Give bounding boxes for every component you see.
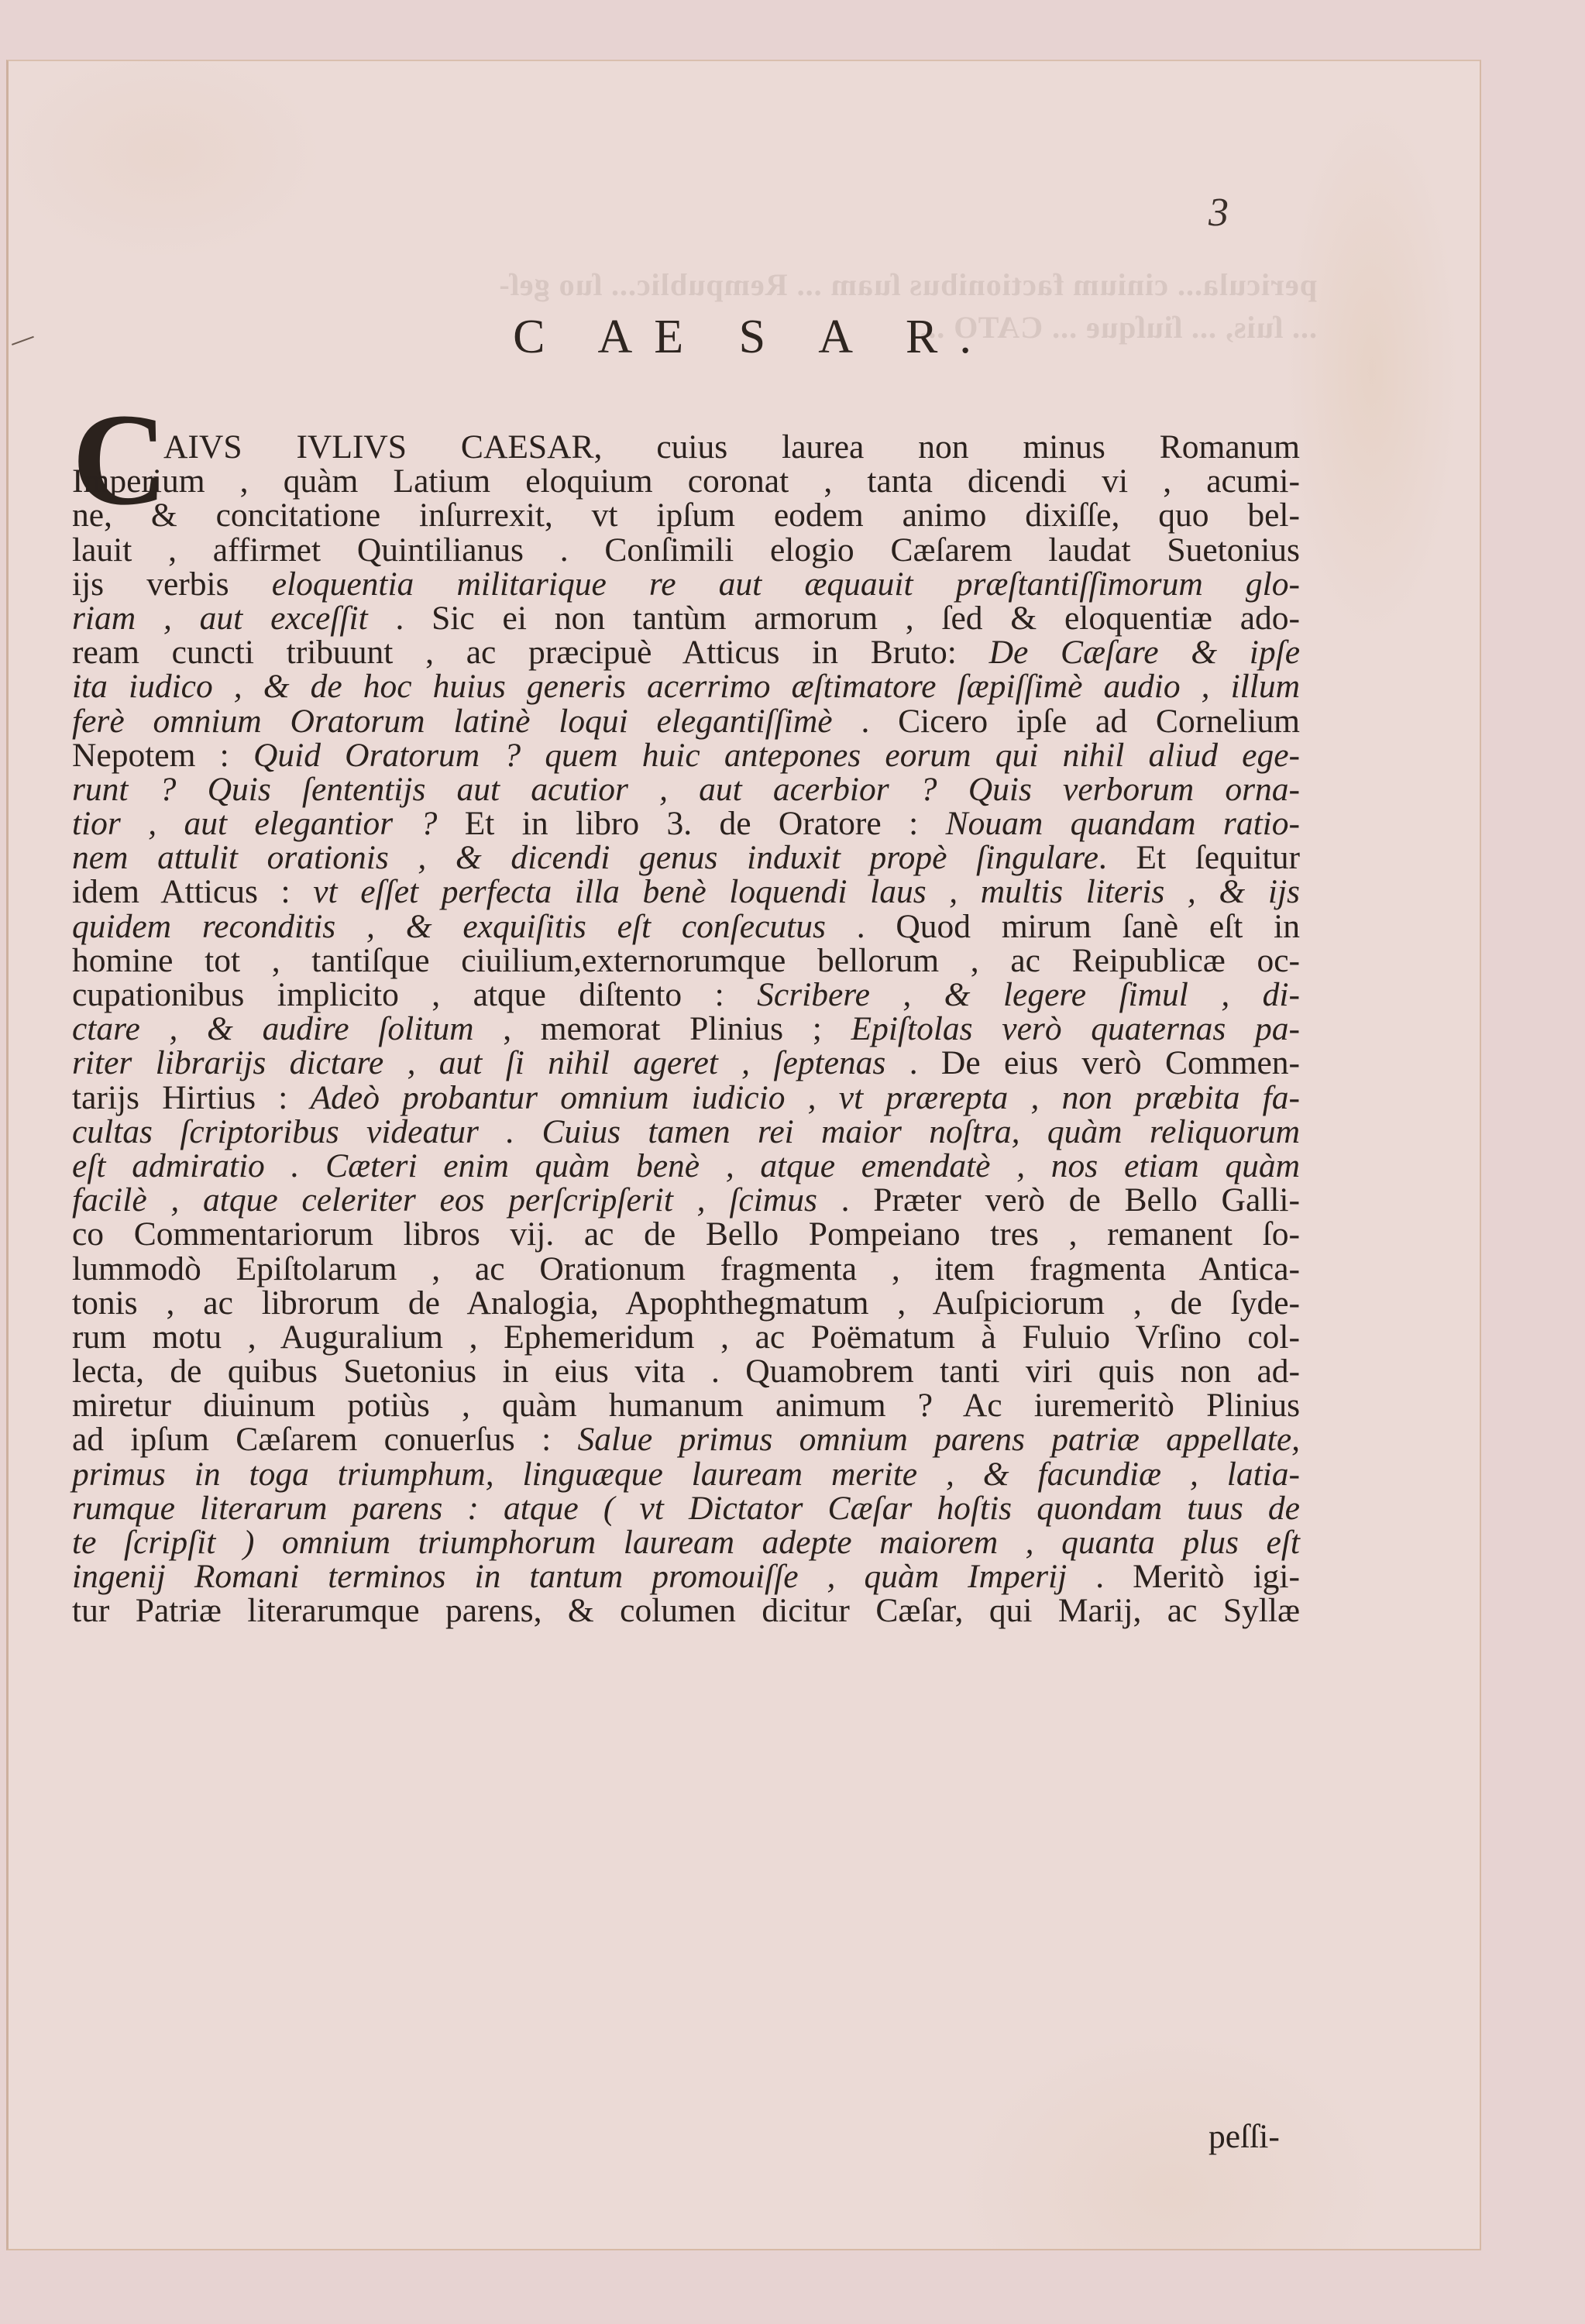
italic-quote: ita iudico , & de hoc huius generis acer… (72, 668, 1300, 705)
text-segment: lauit , affirmet Quintilianus . Conſimil… (72, 531, 1300, 569)
italic-quote: tior , aut elegantior ? (72, 805, 437, 842)
text-line: AIVS IVLIVS CAESAR, cuius laurea non min… (72, 430, 1300, 464)
text-segment: . De eius verò Commen- (885, 1044, 1300, 1081)
page-number: 3 (1209, 190, 1229, 235)
text-line: Imperium , quàm Latium eloquium coronat … (72, 464, 1300, 498)
text-segment: ijs verbis (72, 566, 272, 603)
italic-quote: riam , aut exceſſit (72, 600, 368, 637)
italic-quote: te ſcripſit ) omnium triumphorum lauream… (72, 1524, 1300, 1561)
bleed-through-line: pericula... cinium factionibus ſuam ... … (232, 263, 1317, 306)
italic-quote: ctare , & audire ſolitum (72, 1010, 474, 1047)
italic-quote: Epiſtolas verò quaternas pa- (851, 1010, 1301, 1047)
text-segment: . Præter verò de Bello Galli- (817, 1181, 1300, 1219)
catchword: peſſi- (1209, 2117, 1280, 2156)
italic-quote: Adeò probantur omnium iudicio , vt prære… (311, 1079, 1300, 1116)
italic-quote: runt ? Quis ſententijs aut acutior , aut… (72, 771, 1300, 808)
text-line: cupationibus implicito , atque diſtento … (72, 978, 1300, 1012)
text-segment: ad ipſum Cæſarem conuerſus : (72, 1421, 578, 1458)
text-line: miretur diuinum potiùs , quàm humanum an… (72, 1388, 1300, 1422)
text-line: tior , aut elegantior ? Et in libro 3. d… (72, 806, 1300, 841)
text-line: cultas ſcriptoribus videatur . Cuius tam… (72, 1115, 1300, 1149)
text-segment: . Meritò igi- (1067, 1558, 1300, 1595)
text-line: te ſcripſit ) omnium triumphorum lauream… (72, 1525, 1300, 1559)
text-segment: AIVS IVLIVS CAESAR, cuius laurea non min… (163, 428, 1300, 466)
italic-quote: riter librarijs dictare , aut ſi nihil a… (72, 1044, 885, 1081)
page-title: C AE S A R. (0, 310, 1475, 365)
text-segment: tur Patriæ literarumque parens, & colume… (72, 1592, 1300, 1629)
text-line: ne, & concitatione inſurrexit, vt ipſum … (72, 498, 1300, 532)
text-segment: idem Atticus : (72, 873, 313, 910)
text-line: homine tot , tantiſque ciuilium,externor… (72, 944, 1300, 978)
text-line: runt ? Quis ſententijs aut acutior , aut… (72, 772, 1300, 806)
text-line: co Commentariorum libros vij. ac de Bell… (72, 1217, 1300, 1251)
text-line: tur Patriæ literarumque parens, & colume… (72, 1593, 1300, 1628)
italic-quote: Salue primus omnium parens patriæ appell… (578, 1421, 1301, 1458)
text-line: quidem reconditis , & exquiſitis eſt con… (72, 909, 1300, 944)
body-text: AIVS IVLIVS CAESAR, cuius laurea non min… (72, 430, 1300, 1628)
text-line: ream cuncti tribuunt , ac præcipuè Attic… (72, 635, 1300, 669)
text-segment: tonis , ac librorum de Analogia, Apophth… (72, 1284, 1300, 1322)
text-segment: ream cuncti tribuunt , ac præcipuè Attic… (72, 634, 989, 671)
text-line: Nepotem : Quid Oratorum ? quem huic ante… (72, 738, 1300, 772)
text-segment: . Quod mirum ſanè eſt in (826, 908, 1300, 945)
text-segment: lummodò Epiſtolarum , ac Orationum fragm… (72, 1250, 1300, 1287)
text-line: ijs verbis eloquentia militarique re aut… (72, 567, 1300, 601)
text-line: ad ipſum Cæſarem conuerſus : Salue primu… (72, 1422, 1300, 1456)
text-line: ctare , & audire ſolitum , memorat Plini… (72, 1012, 1300, 1046)
italic-quote: cultas ſcriptoribus videatur . Cuius tam… (72, 1113, 1300, 1150)
text-line: tonis , ac librorum de Analogia, Apophth… (72, 1286, 1300, 1320)
italic-quote: ingenij Romani terminos in tantum promou… (72, 1558, 1067, 1595)
text-segment: , memorat Plinius ; (474, 1010, 851, 1047)
text-line: eſt admiratio . Cæteri enim quàm benè , … (72, 1149, 1300, 1183)
text-line: rumque literarum parens : atque ( vt Dic… (72, 1491, 1300, 1525)
italic-quote: De Cæſare & ipſe (989, 634, 1300, 671)
text-segment: . Sic ei non tantùm armorum , ſed & eloq… (368, 600, 1300, 637)
italic-quote: eloquentia militarique re aut æquauit pr… (272, 566, 1300, 603)
text-line: ingenij Romani terminos in tantum promou… (72, 1559, 1300, 1593)
text-segment: co Commentariorum libros vij. ac de Bell… (72, 1215, 1300, 1253)
text-segment: cupationibus implicito , atque diſtento … (72, 976, 757, 1013)
text-line: facilè , atque celeriter eos perſcripſer… (72, 1183, 1300, 1217)
text-line: riam , aut exceſſit . Sic ei non tantùm … (72, 601, 1300, 635)
text-segment: Et in libro 3. de Oratore : (437, 805, 945, 842)
text-line: lauit , affirmet Quintilianus . Conſimil… (72, 533, 1300, 567)
text-segment: tarijs Hirtius : (72, 1079, 311, 1116)
italic-quote: primus in toga triumphum, linguæque laur… (72, 1456, 1300, 1493)
text-line: ita iudico , & de hoc huius generis acer… (72, 669, 1300, 703)
text-line: riter librarijs dictare , aut ſi nihil a… (72, 1046, 1300, 1080)
text-segment: . Et ſequitur (1098, 839, 1300, 876)
text-line: lummodò Epiſtolarum , ac Orationum fragm… (72, 1252, 1300, 1286)
text-line: nem attulit orationis , & dicendi genus … (72, 841, 1300, 875)
text-line: tarijs Hirtius : Adeò probantur omnium i… (72, 1081, 1300, 1115)
text-line: idem Atticus : vt eſſet perfecta illa be… (72, 875, 1300, 909)
italic-quote: vt eſſet perfecta illa benè loquendi lau… (313, 873, 1300, 910)
text-line: lecta, de quibus Suetonius in eius vita … (72, 1354, 1300, 1388)
italic-quote: Nouam quandam ratio- (946, 805, 1300, 842)
text-segment: Imperium , quàm Latium eloquium coronat … (72, 462, 1300, 500)
text-segment: rum motu , Auguralium , Ephemeridum , ac… (72, 1318, 1300, 1356)
text-segment: lecta, de quibus Suetonius in eius vita … (72, 1353, 1300, 1390)
text-segment: . Cicero ipſe ad Cornelium (833, 703, 1300, 740)
italic-quote: ferè omnium Oratorum latinè loqui elegan… (72, 703, 833, 740)
text-line: primus in toga triumphum, linguæque laur… (72, 1457, 1300, 1491)
italic-quote: Quid Oratorum ? quem huic antepones eoru… (253, 737, 1300, 774)
italic-quote: Scribere , & legere ſimul , di- (757, 976, 1300, 1013)
text-segment: ne, & concitatione inſurrexit, vt ipſum … (72, 497, 1300, 534)
italic-quote: facilè , atque celeriter eos perſcripſer… (72, 1181, 817, 1219)
text-segment: Nepotem : (72, 737, 253, 774)
text-segment: homine tot , tantiſque ciuilium,externor… (72, 942, 1300, 979)
italic-quote: quidem reconditis , & exquiſitis eſt con… (72, 908, 826, 945)
text-segment: miretur diuinum potiùs , quàm humanum an… (72, 1387, 1300, 1424)
italic-quote: rumque literarum parens : atque ( vt Dic… (72, 1490, 1300, 1527)
italic-quote: nem attulit orationis , & dicendi genus … (72, 839, 1098, 876)
italic-quote: eſt admiratio . Cæteri enim quàm benè , … (72, 1147, 1300, 1184)
text-line: ferè omnium Oratorum latinè loqui elegan… (72, 704, 1300, 738)
text-line: rum motu , Auguralium , Ephemeridum , ac… (72, 1320, 1300, 1354)
